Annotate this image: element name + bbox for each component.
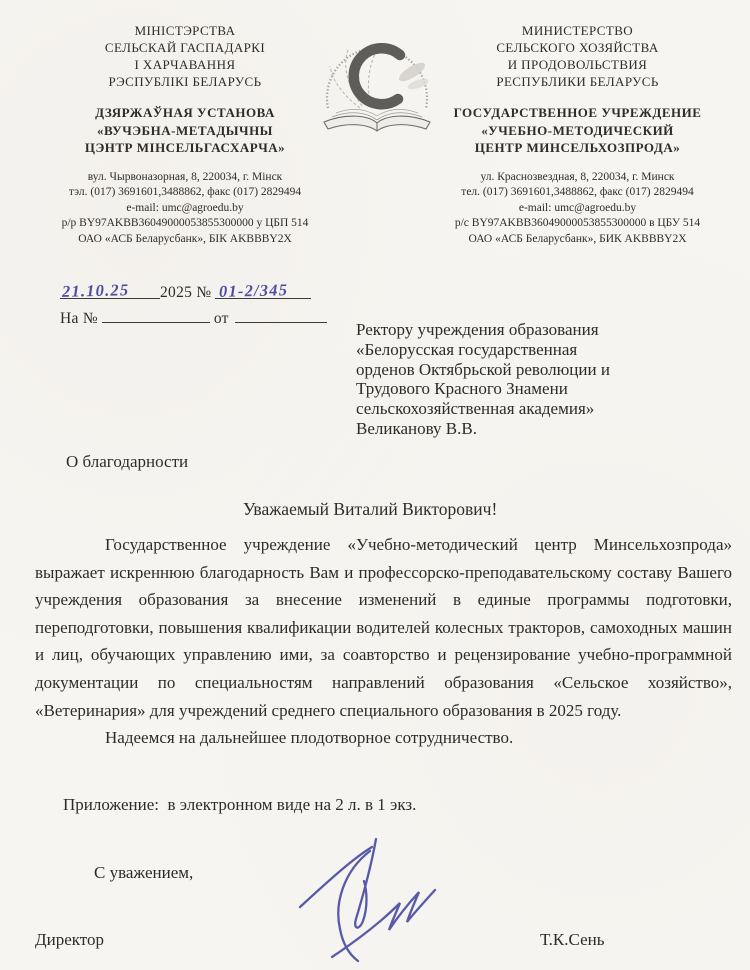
- reply-no-label: На №: [60, 310, 98, 327]
- subject-line: О благодарности: [66, 452, 188, 472]
- signer-title: Директор: [35, 930, 104, 950]
- institution-name-by: ДЗЯРЖАЎНАЯ УСТАНОВА «ВУЧЭБНА-МЕТАДЫЧНЫ Ц…: [30, 104, 340, 157]
- recipient-block: Ректору учреждения образования «Белорусс…: [356, 320, 736, 439]
- address-block-ru: ул. Краснозвездная, 8, 220034, г. Минск …: [415, 170, 740, 248]
- ministry-name-by: МІНІСТЭРСТВА СЕЛЬСКАЙ ГАСПАДАРКІ І ХАРЧА…: [30, 22, 340, 90]
- salutation-line: Уважаемый Виталий Викторович!: [243, 499, 497, 520]
- year-number-label: 2025 №: [160, 284, 211, 301]
- address-block-by: вул. Чырвоназорная, 8, 220034, г. Мінск …: [30, 170, 340, 248]
- letterhead-left: МІНІСТЭРСТВА СЕЛЬСКАЙ ГАСПАДАРКІ І ХАРЧА…: [30, 22, 340, 247]
- letterhead-right: МИНИСТЕРСТВО СЕЛЬСКОГО ХОЗЯЙСТВА И ПРОДО…: [415, 22, 740, 247]
- reply-reference-line: На № от: [60, 306, 327, 330]
- handwritten-date: 21.10.25: [62, 280, 130, 302]
- reference-block: 21.10.252025 № 01-2/345 На № от: [60, 282, 327, 330]
- body-paragraph-2: Надеемся на дальнейшее плодотворное сотр…: [35, 724, 732, 752]
- date-blank: 21.10.25: [60, 282, 160, 299]
- closing-line: С уважением,: [94, 863, 193, 883]
- reply-from-blank: [235, 306, 327, 323]
- handwritten-number: 01-2/345: [219, 280, 289, 302]
- letter-body: Государственное учреждение «Учебно-метод…: [35, 531, 732, 752]
- ministry-name-ru: МИНИСТЕРСТВО СЕЛЬСКОГО ХОЗЯЙСТВА И ПРОДО…: [415, 22, 740, 90]
- institution-name-ru: ГОСУДАРСТВЕННОЕ УЧРЕЖДЕНИЕ «УЧЕБНО-МЕТОД…: [415, 104, 740, 157]
- scanned-letter-page: МІНІСТЭРСТВА СЕЛЬСКАЙ ГАСПАДАРКІ І ХАРЧА…: [0, 0, 750, 970]
- date-number-line: 21.10.252025 № 01-2/345: [60, 282, 327, 306]
- director-signature-icon: [298, 833, 480, 968]
- number-blank: 01-2/345: [215, 282, 311, 299]
- attachment-line: Приложение: в электронном виде на 2 л. в…: [63, 795, 416, 815]
- signer-name: Т.К.Сень: [540, 930, 604, 950]
- reply-no-blank: [102, 306, 210, 323]
- reply-from-label: от: [214, 310, 229, 327]
- body-paragraph-1: Государственное учреждение «Учебно-метод…: [35, 531, 732, 724]
